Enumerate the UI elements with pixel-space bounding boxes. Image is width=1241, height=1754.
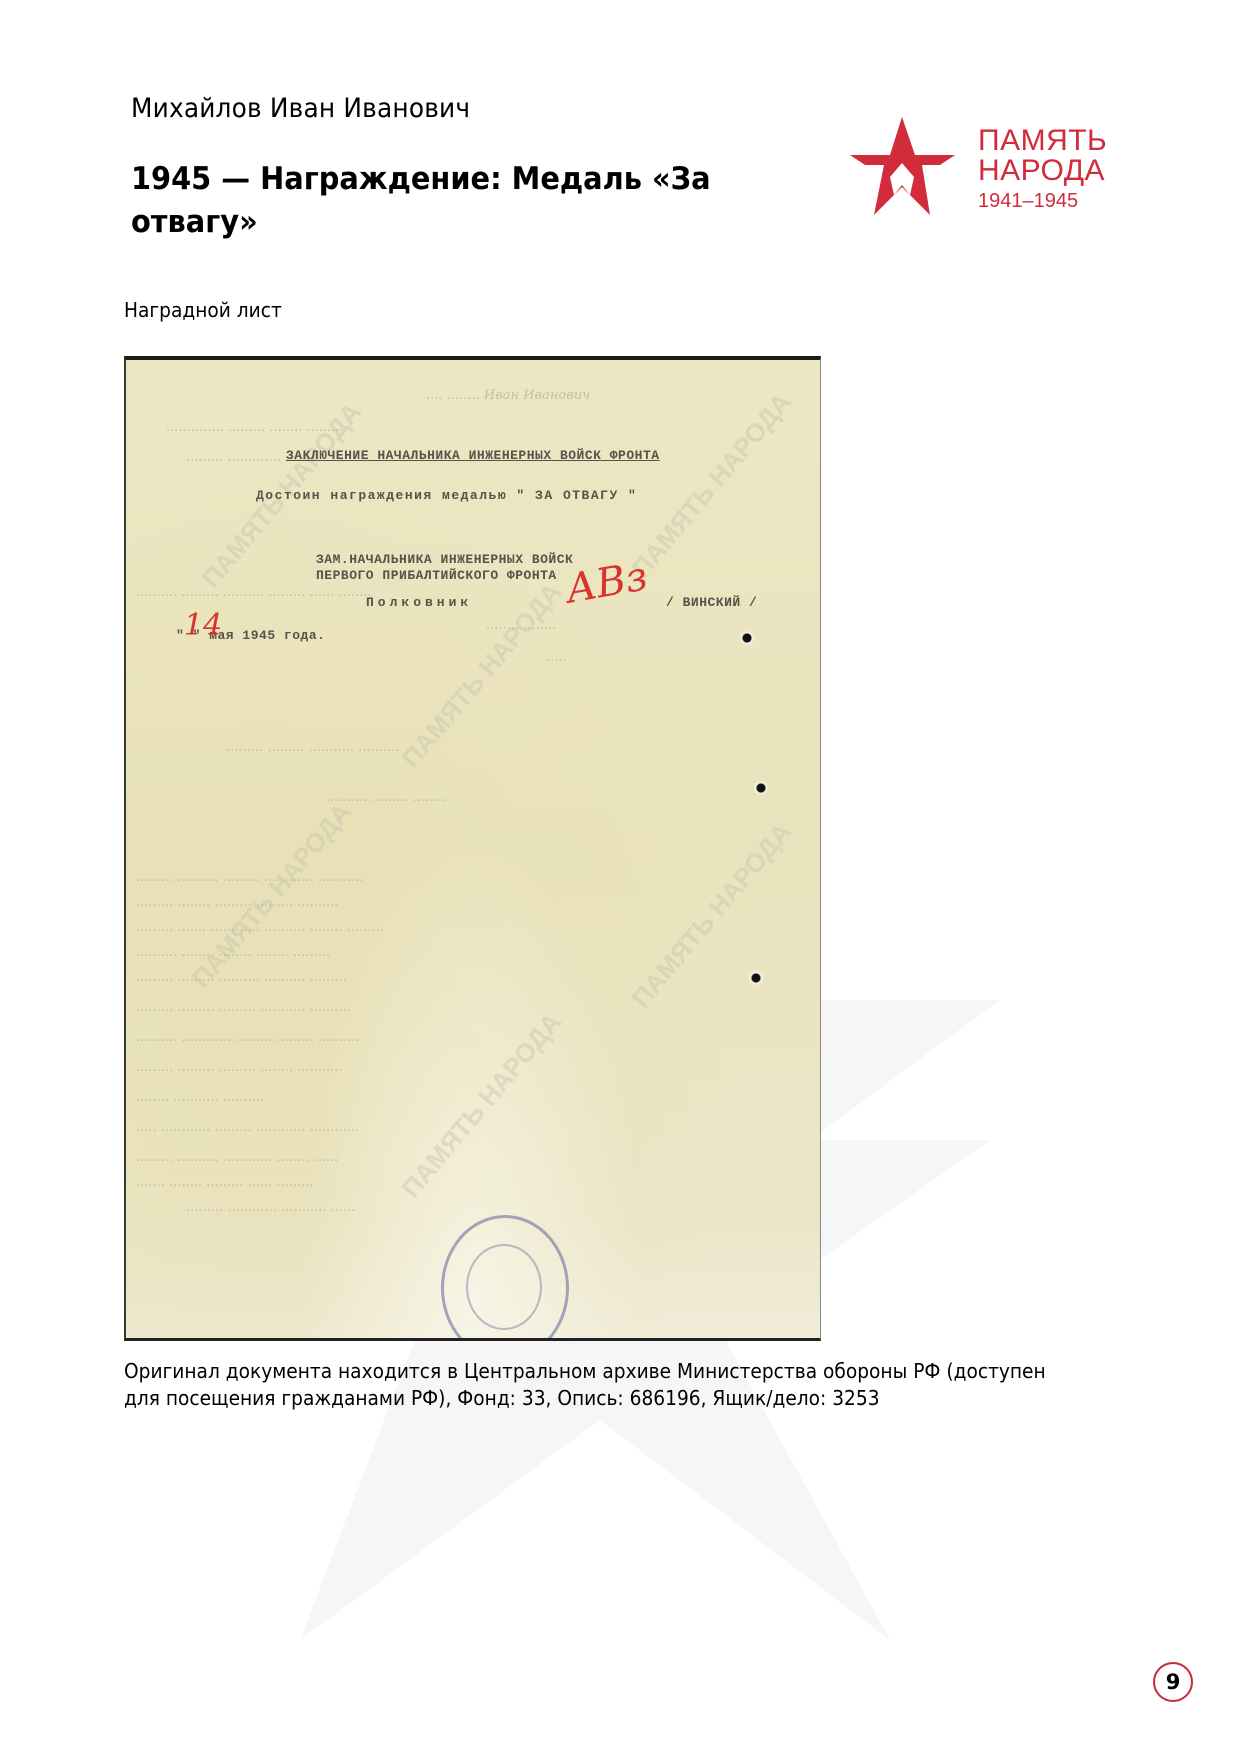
scan-signer-name: / ВИНСКИЙ / (666, 595, 757, 610)
scan-signer-line-2: ПЕРВОГО ПРИБАЛТИЙСКОГО ФРОНТА (316, 568, 557, 583)
scan-watermark: ПАМЯТЬ НАРОДА (625, 387, 797, 584)
punch-hole (739, 630, 755, 646)
scan-watermark: ПАМЯТЬ НАРОДА (625, 817, 797, 1014)
pamyat-naroda-logo[interactable]: ПАМЯТЬ НАРОДА 1941–1945 (850, 112, 1130, 222)
page-title: 1945 — Награждение: Медаль «За отвагу» (131, 158, 726, 244)
logo-line-2: НАРОДА (978, 156, 1107, 186)
logo-line-1: ПАМЯТЬ (978, 126, 1107, 156)
scan-verdict: Достоин награждения медалью " ЗА ОТВАГУ … (256, 488, 637, 503)
punch-hole (753, 780, 769, 796)
scan-date-day: 14 (184, 608, 222, 643)
scan-watermark: ПАМЯТЬ НАРОДА (395, 1007, 567, 1204)
scan-signature: АВз (563, 553, 651, 612)
scan-heading: ЗАКЛЮЧЕНИЕ НАЧАЛЬНИКА ИНЖЕНЕРНЫХ ВОЙСК Ф… (286, 448, 660, 463)
official-stamp (441, 1215, 569, 1341)
award-sheet-scan: ПАМЯТЬ НАРОДА ПАМЯТЬ НАРОДА ПАМЯТЬ НАРОД… (124, 356, 821, 1341)
scan-signer-line-1: ЗАМ.НАЧАЛЬНИКА ИНЖЕНЕРНЫХ ВОЙСК (316, 552, 573, 567)
archive-source-caption: Оригинал документа находится в Центральн… (124, 1358, 1054, 1412)
scan-rank: Полковник (366, 595, 472, 610)
logo-years: 1941–1945 (978, 188, 1107, 214)
punch-hole (748, 970, 764, 986)
document-type-label: Наградной лист (124, 298, 282, 322)
logo-text: ПАМЯТЬ НАРОДА 1941–1945 (978, 126, 1107, 214)
page-number: 9 (1153, 1662, 1193, 1702)
person-name: Михайлов Иван Иванович (131, 93, 470, 124)
red-star-icon (850, 117, 955, 215)
